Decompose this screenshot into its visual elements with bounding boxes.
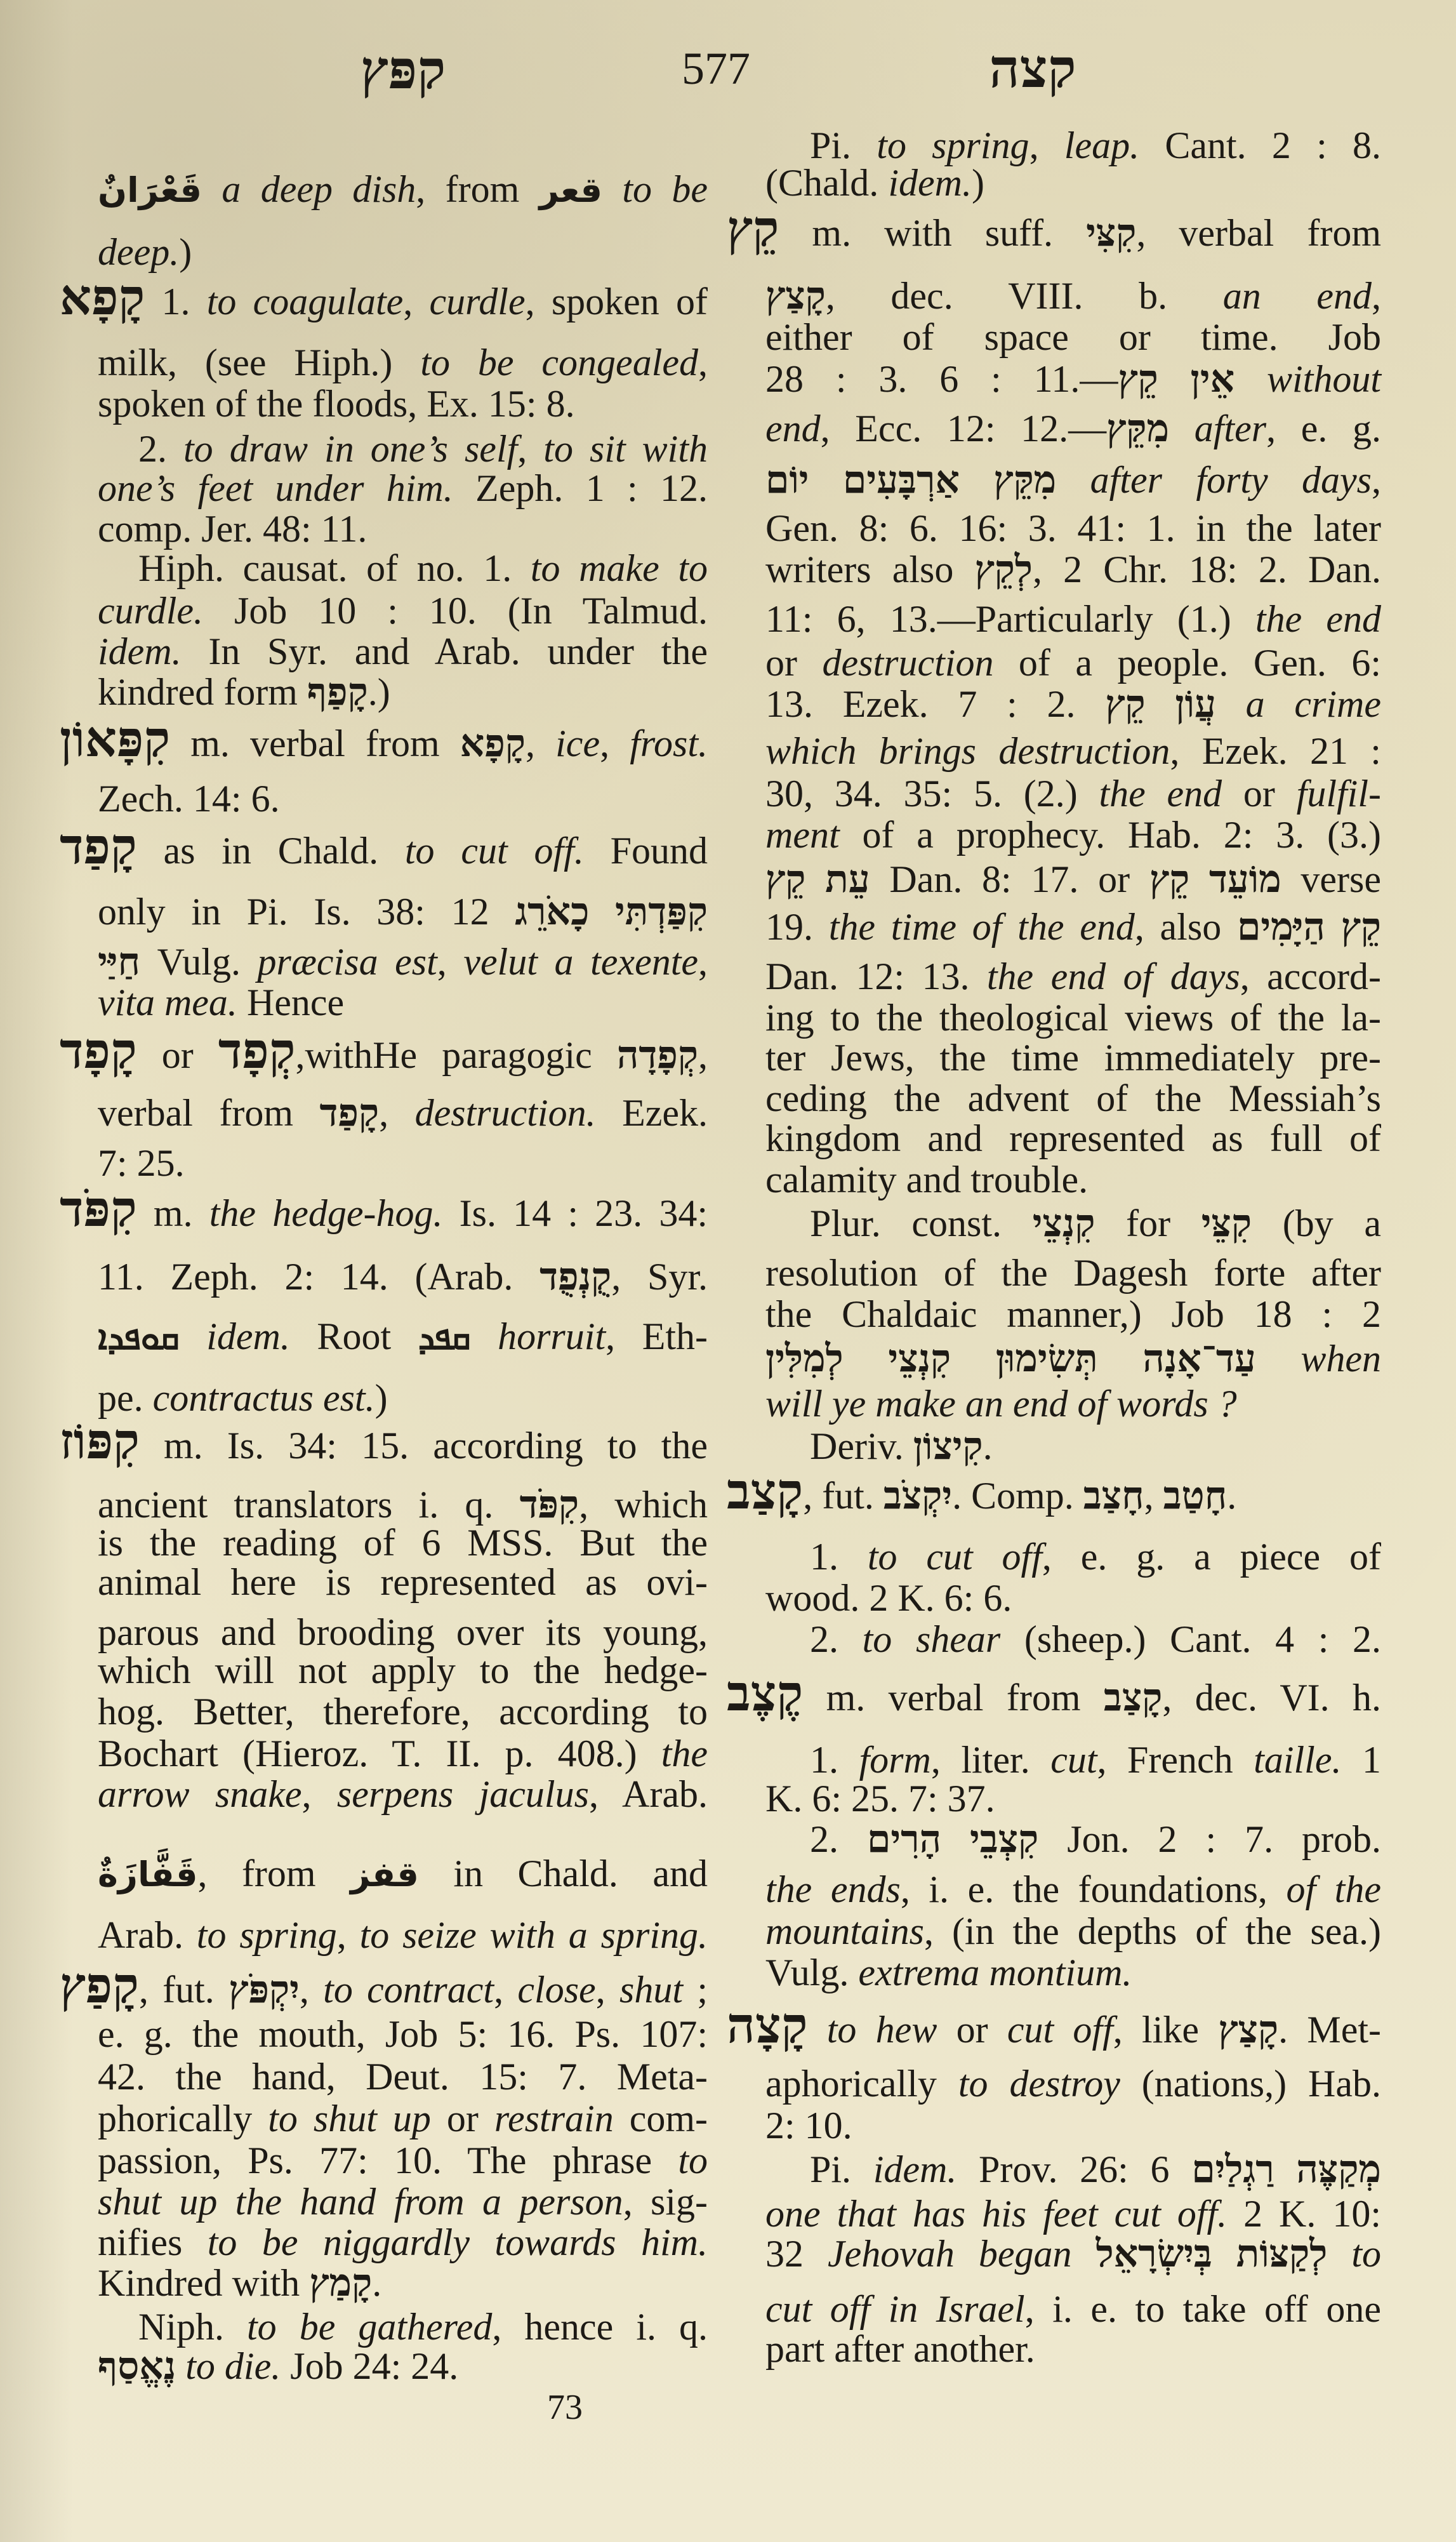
- text-line: קָצַץ, dec. VIII. b. an end,: [765, 276, 1381, 316]
- text-line: 2: 10.: [765, 2105, 1381, 2146]
- italic-text: the end: [1099, 773, 1222, 815]
- entry-head-line: קֵץ m. with suff. קִצִּי, verbal from: [727, 213, 1381, 253]
- italic-text: to shear: [863, 1618, 1001, 1660]
- text-run: of a prophecy. Hab. 2: 3. (3.): [840, 814, 1381, 856]
- text-run: Dan. 12: 13.: [765, 955, 987, 997]
- hebrew-word: יִקְצֹב: [884, 1475, 952, 1517]
- text-run: [1169, 408, 1195, 449]
- hebrew-headword: קֵץ: [727, 201, 779, 256]
- hebrew-word: עֵת קֵץ: [765, 858, 870, 900]
- text-run: , also: [1135, 906, 1237, 948]
- italic-text: to cut off: [868, 1536, 1042, 1578]
- text-run: [1056, 459, 1090, 501]
- text-run: 13. Ezek. 7 : 2.: [765, 683, 1105, 725]
- text-line: aphorically to destroy (nations,) Hab.: [765, 2063, 1381, 2104]
- italic-text: will ye make an end of words ?: [765, 1383, 1237, 1425]
- hebrew-headword: קָצַב: [727, 1464, 803, 1519]
- text-run: or: [765, 642, 822, 684]
- text-run: Pi.: [810, 124, 877, 166]
- text-line: 1. to cut off, e. g. a piece of: [810, 1536, 1381, 1577]
- italic-text: form: [859, 1739, 931, 1781]
- italic-text: one that has his feet cut off.: [765, 2193, 1227, 2235]
- text-run: either of space or time. Job: [765, 316, 1381, 358]
- text-run: ing to the theological views of the la-: [765, 997, 1381, 1039]
- text-line: the ends, i. e. the foundations, of the: [765, 1869, 1381, 1910]
- text-run: 32: [765, 2233, 828, 2275]
- italic-text: of the: [1286, 1868, 1381, 1910]
- text-run: ,: [1372, 275, 1381, 317]
- text-line: 32 Jehovah began לְקַצּוֹת בְּיִשְׂרָאֵל…: [765, 2233, 1381, 2274]
- italic-text: an end: [1223, 275, 1372, 317]
- text-run: ter Jews, the time immediately pre-: [765, 1037, 1381, 1079]
- hebrew-word: קָצַץ: [1218, 2009, 1278, 2051]
- text-line: 28 : 3. 6 : 11.—אֵין קֵץ without: [765, 359, 1381, 399]
- text-run: 1.: [810, 1536, 868, 1578]
- text-run: , like: [1113, 2009, 1219, 2051]
- hebrew-word: אֵין קֵץ: [1118, 358, 1234, 400]
- italic-text: when: [1300, 1338, 1381, 1380]
- signature-mark: 73: [547, 2390, 583, 2425]
- text-line: עֵת קֵץ Dan. 8: 17. or מוֹעֵד קֵץ verse: [765, 859, 1381, 900]
- hebrew-word: קִיצוֹן: [913, 1425, 983, 1467]
- text-run: wood. 2 K. 6: 6.: [765, 1577, 1012, 1619]
- text-line: 1. form, liter. cut, French taille. 1: [810, 1740, 1381, 1780]
- text-line: (Chald. idem.): [765, 163, 1381, 203]
- text-run: or: [937, 2009, 1007, 2051]
- text-run: aphorically: [765, 2063, 958, 2105]
- text-run: 2: 10.: [765, 2105, 852, 2146]
- text-run: Dan. 8: 17. or: [870, 858, 1149, 900]
- text-run: K. 6: 25. 7: 37.: [765, 1778, 995, 1820]
- text-run: 19.: [765, 906, 829, 948]
- hebrew-word: קִנְצֵי: [1033, 1202, 1095, 1244]
- text-run: , i. e. to take off one: [1025, 2288, 1381, 2330]
- text-run: 11: 6, 13.—Particularly (1.): [765, 598, 1255, 640]
- text-line: ing to the theological views of the la-: [765, 997, 1381, 1038]
- text-line: part after another.: [765, 2329, 1381, 2369]
- italic-text: after forty days: [1090, 459, 1372, 501]
- text-run: [1072, 2233, 1096, 2275]
- text-run: or: [1222, 773, 1297, 815]
- hebrew-word: מִקֵּץ אַרְבָּעִים יוֹם: [765, 459, 1056, 501]
- text-run: , i. e. the foundations,: [901, 1868, 1287, 1910]
- text-run: writers also: [765, 549, 975, 590]
- italic-text: cut: [1050, 1739, 1097, 1781]
- hebrew-word: קִצִּי: [1086, 212, 1136, 254]
- text-run: , e. g. a piece of: [1042, 1536, 1381, 1578]
- italic-text: extrema montium.: [858, 1952, 1132, 1993]
- italic-text: the ends: [765, 1868, 901, 1910]
- text-run: Deriv.: [810, 1425, 913, 1467]
- italic-text: taille.: [1254, 1739, 1341, 1781]
- text-run: . Met-: [1278, 2009, 1381, 2051]
- text-run: 2.: [810, 1818, 867, 1860]
- italic-text: cut off in Israel: [765, 2288, 1025, 2330]
- text-line: kingdom and represented as full of: [765, 1118, 1381, 1159]
- text-run: 2.: [810, 1618, 863, 1660]
- text-run: Cant. 2 : 8.: [1139, 124, 1381, 166]
- text-line: ment of a prophecy. Hab. 2: 3. (3.): [765, 815, 1381, 855]
- text-line: wood. 2 K. 6: 6.: [765, 1578, 1381, 1618]
- text-run: Vulg.: [765, 1952, 858, 1993]
- right-column: Pi. to spring, leap. Cant. 2 : 8.(Chald.…: [0, 0, 1456, 2542]
- text-line: Deriv. קִיצוֹן.: [810, 1426, 1381, 1467]
- text-run: .: [1227, 1475, 1236, 1517]
- text-run: .: [983, 1425, 993, 1467]
- text-run: ,: [1144, 1475, 1163, 1517]
- text-run: of a people. Gen. 6:: [993, 642, 1381, 684]
- italic-text: destruction: [822, 642, 993, 684]
- text-line: one that has his feet cut off. 2 K. 10:: [765, 2193, 1381, 2234]
- text-run: [807, 2009, 826, 2051]
- hebrew-word: קָצַב: [1104, 1677, 1162, 1719]
- hebrew-word: קִצֵּי: [1201, 1202, 1252, 1244]
- hebrew-word: עַד־אָנָה תְּשִׂימוּן קִנְצֵי לְמִלִּין: [765, 1338, 1256, 1380]
- entry-head-line: קֶצֶב m. verbal from קָצַב, dec. VI. h.: [727, 1677, 1381, 1718]
- text-line: mountains, (in the depths of the sea.): [765, 1911, 1381, 1952]
- text-run: ,: [1029, 124, 1064, 166]
- text-run: (by a: [1252, 1202, 1381, 1244]
- italic-text: the time of the end: [829, 906, 1135, 948]
- italic-text: end: [765, 408, 821, 449]
- italic-text: after: [1195, 408, 1266, 449]
- italic-text: ment: [765, 814, 840, 856]
- text-line: will ye make an end of words ?: [765, 1383, 1381, 1424]
- italic-text: a crime: [1246, 683, 1381, 725]
- italic-text: to spring: [877, 124, 1029, 166]
- italic-text: mountains: [765, 1910, 924, 1952]
- text-run: (sheep.) Cant. 4 : 2.: [1000, 1618, 1381, 1660]
- text-run: , verbal from: [1136, 212, 1381, 254]
- text-run: [1256, 1338, 1301, 1380]
- italic-text: cut off: [1007, 2009, 1113, 2051]
- hebrew-word: קִצְבֵי הָרִים: [867, 1818, 1038, 1860]
- text-run: part after another.: [765, 2328, 1035, 2370]
- italic-text: to destroy: [958, 2063, 1120, 2105]
- text-run: verse: [1281, 858, 1381, 900]
- text-line: Gen. 8: 6. 16: 3. 41: 1. in the later: [765, 508, 1381, 549]
- italic-text: the end: [1255, 598, 1381, 640]
- hebrew-word: לְקַצּוֹת בְּיִשְׂרָאֵל: [1096, 2233, 1328, 2275]
- text-line: 2. to shear (sheep.) Cant. 4 : 2.: [810, 1619, 1381, 1660]
- text-line: מִקֵּץ אַרְבָּעִים יוֹם after forty days…: [765, 460, 1381, 500]
- text-run: 1.: [810, 1739, 859, 1781]
- text-run: (Chald.: [765, 162, 888, 204]
- text-line: 19. the time of the end, also קֵץ הַיָּמ…: [765, 907, 1381, 947]
- text-run: ): [972, 162, 984, 204]
- text-line: calamity and trouble.: [765, 1159, 1381, 1200]
- text-run: ceding the advent of the Messiah’s: [765, 1077, 1381, 1119]
- text-run: resolution of the Dagesh forte after: [765, 1252, 1381, 1294]
- text-run: 1: [1341, 1739, 1381, 1781]
- text-run: , Ecc. 12: 12.—: [821, 408, 1107, 449]
- italic-text: Jehovah began: [828, 2233, 1072, 2275]
- italic-text: leap.: [1064, 124, 1139, 166]
- hebrew-word: לְקֵץ: [975, 549, 1033, 590]
- text-line: writers also לְקֵץ, 2 Chr. 18: 2. Dan.: [765, 549, 1381, 590]
- text-run: , e. g.: [1266, 408, 1381, 449]
- hebrew-word: קָצַץ: [765, 275, 826, 317]
- text-line: עַד־אָנָה תְּשִׂימוּן קִנְצֵי לְמִלִּין …: [765, 1338, 1381, 1379]
- italic-text: fulfil-: [1297, 773, 1381, 815]
- text-line: Vulg. extrema montium.: [765, 1952, 1381, 1993]
- text-run: for: [1095, 1202, 1201, 1244]
- text-run: ,: [1372, 459, 1381, 501]
- text-line: end, Ecc. 12: 12.—מִקֵּץ after, e. g.: [765, 408, 1381, 449]
- hebrew-word: מְקַצֶּה רַגְלַיִם: [1191, 2148, 1381, 2190]
- italic-text: to hew: [827, 2009, 937, 2051]
- text-run: , dec. VIII. b.: [826, 275, 1223, 317]
- text-line: Plur. const. קִנְצֵי for קִצֵּי (by a: [810, 1203, 1381, 1244]
- text-line: resolution of the Dagesh forte after: [765, 1253, 1381, 1293]
- text-run: kingdom and represented as full of: [765, 1117, 1381, 1159]
- text-run: the Chaldaic manner,) Job 18 : 2: [765, 1293, 1381, 1335]
- text-run: calamity and trouble.: [765, 1159, 1088, 1201]
- text-line: K. 6: 25. 7: 37.: [765, 1778, 1381, 1819]
- book-page: קפּץ 577 קצה قَعْرَانٌ a deep dish, from…: [0, 0, 1456, 2542]
- text-line: ceding the advent of the Messiah’s: [765, 1078, 1381, 1119]
- text-run: , fut.: [803, 1475, 884, 1517]
- text-run: Jon. 2 : 7. prob.: [1038, 1818, 1381, 1860]
- entry-head-line: קָצַב, fut. יִקְצֹב. Comp. חָצַב, חָטַב.: [727, 1475, 1381, 1516]
- italic-text: idem.: [888, 162, 972, 204]
- text-line: 13. Ezek. 7 : 2. עֲוֹן קֵץ a crime: [765, 684, 1381, 724]
- text-line: which brings destruction, Ezek. 21 :: [765, 731, 1381, 771]
- hebrew-headword: קֶצֶב: [727, 1666, 803, 1721]
- text-run: , Ezek. 21 :: [1170, 730, 1381, 772]
- italic-text: the end of days: [987, 955, 1240, 997]
- hebrew-word: מִקֵּץ: [1106, 408, 1169, 449]
- text-run: , liter.: [931, 1739, 1050, 1781]
- text-line: 30, 34. 35: 5. (2.) the end or fulfil-: [765, 773, 1381, 814]
- entry-head-line: קָצָה to hew or cut off, like קָצַץ. Met…: [727, 2009, 1381, 2050]
- text-run: Prov. 26: 6: [956, 2148, 1191, 2190]
- text-run: m. with suff.: [779, 212, 1086, 254]
- text-run: , 2 Chr. 18: 2. Dan.: [1033, 549, 1381, 590]
- text-run: 2 K. 10:: [1227, 2193, 1381, 2235]
- text-line: 2. קִצְבֵי הָרִים Jon. 2 : 7. prob.: [810, 1819, 1381, 1860]
- text-line: cut off in Israel, i. e. to take off one: [765, 2289, 1381, 2329]
- text-run: , accord-: [1240, 955, 1381, 997]
- text-run: (nations,) Hab.: [1120, 2063, 1381, 2105]
- text-line: the Chaldaic manner,) Job 18 : 2: [765, 1294, 1381, 1334]
- text-line: Dan. 12: 13. the end of days, accord-: [765, 956, 1381, 997]
- text-run: [1234, 358, 1267, 400]
- hebrew-word: מוֹעֵד קֵץ: [1149, 858, 1281, 900]
- text-run: , (in the depths of the sea.): [924, 1910, 1381, 1952]
- hebrew-word: חָצַב: [1083, 1475, 1144, 1517]
- text-run: Gen. 8: 6. 16: 3. 41: 1. in the later: [765, 507, 1381, 549]
- text-run: 28 : 3. 6 : 11.—: [765, 358, 1118, 400]
- text-run: . Comp.: [952, 1475, 1083, 1517]
- text-run: m. verbal from: [803, 1677, 1104, 1719]
- italic-text: to: [1351, 2233, 1381, 2275]
- italic-text: which brings destruction: [765, 730, 1170, 772]
- text-line: or destruction of a people. Gen. 6:: [765, 642, 1381, 683]
- text-line: either of space or time. Job: [765, 317, 1381, 357]
- text-line: 11: 6, 13.—Particularly (1.) the end: [765, 599, 1381, 639]
- text-run: [1216, 683, 1246, 725]
- hebrew-word: עֲוֹן קֵץ: [1105, 683, 1216, 725]
- text-line: Pi. to spring, leap. Cant. 2 : 8.: [810, 125, 1381, 166]
- italic-text: idem.: [873, 2148, 957, 2190]
- hebrew-word: קֵץ הַיָּמִים: [1237, 906, 1381, 948]
- text-run: Plur. const.: [810, 1202, 1033, 1244]
- text-line: ter Jews, the time immediately pre-: [765, 1037, 1381, 1078]
- hebrew-word: חָטַב: [1163, 1475, 1228, 1517]
- text-run: , French: [1097, 1739, 1254, 1781]
- text-run: Pi.: [810, 2148, 873, 2190]
- text-run: , dec. VI. h.: [1162, 1677, 1381, 1719]
- text-run: 30, 34. 35: 5. (2.): [765, 773, 1099, 815]
- text-run: [1327, 2233, 1351, 2275]
- hebrew-headword: קָצָה: [727, 1998, 807, 2053]
- text-line: Pi. idem. Prov. 26: 6 מְקַצֶּה רַגְלַיִם: [810, 2149, 1381, 2190]
- italic-text: without: [1267, 358, 1381, 400]
